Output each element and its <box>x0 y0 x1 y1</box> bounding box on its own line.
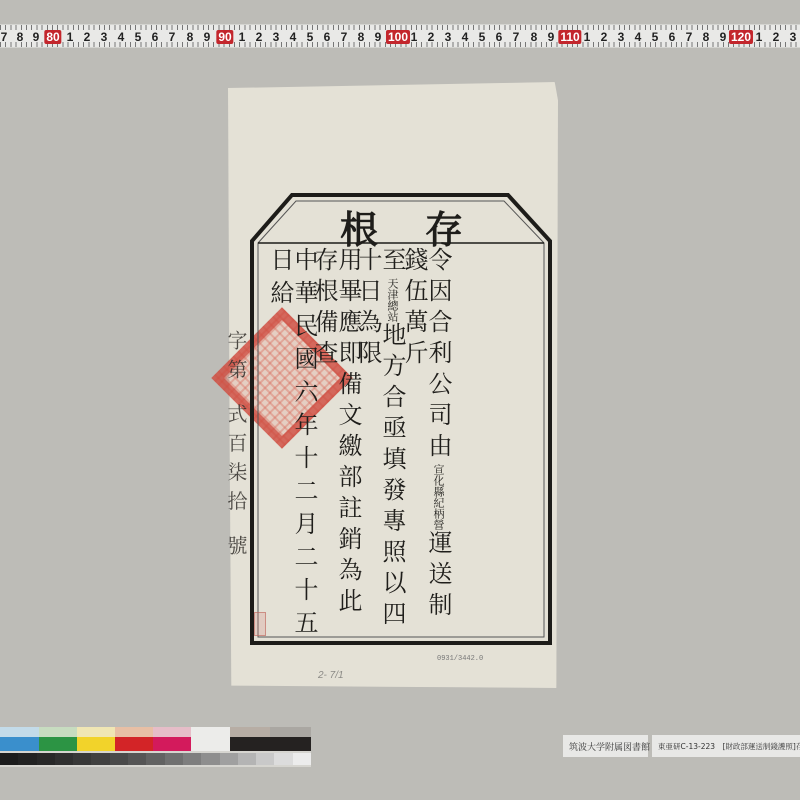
color-patch <box>77 727 115 737</box>
title-char-cun: 存 <box>425 199 463 254</box>
gray-patch <box>183 753 201 765</box>
ruler-label: 120 <box>729 30 753 44</box>
text-column-4-date: 中華民國六年十二月二十五日給 <box>268 247 316 645</box>
text-column-3: 用畢應即備文繳部註銷為此存根備查 <box>312 247 360 645</box>
inventory-code: 0931/3442.0 <box>437 655 483 663</box>
column-1-small: 宣化縣紀柄營 <box>432 464 445 530</box>
gray-patch <box>73 753 91 765</box>
ruler-label: 4 <box>462 30 469 44</box>
color-patch <box>153 727 191 737</box>
ruler-label: 1 <box>584 30 591 44</box>
gray-patch <box>37 753 55 765</box>
gray-patch <box>128 753 146 765</box>
ruler-label: 7 <box>686 30 693 44</box>
ruler-label: 8 <box>17 30 24 44</box>
ruler-label: 7 <box>1 30 8 44</box>
ruler-label: 9 <box>375 30 382 44</box>
ruler-label: 5 <box>135 30 142 44</box>
column-4-main: 中華民國六年十二月二十五日給 <box>266 247 318 643</box>
ruler-label: 7 <box>513 30 520 44</box>
ruler-label: 5 <box>307 30 314 44</box>
column-1-main: 令因合利公司由 <box>424 247 452 464</box>
ruler-label: 1 <box>67 30 74 44</box>
ruler-label: 6 <box>324 30 331 44</box>
ruler-label: 6 <box>669 30 676 44</box>
ruler-label: 80 <box>44 30 61 44</box>
gray-patch <box>110 753 128 765</box>
ruler-label: 100 <box>386 30 410 44</box>
color-patch <box>191 737 230 751</box>
ruler-label: 1 <box>756 30 763 44</box>
library-label: 筑波大学附属図書館 <box>563 735 648 757</box>
ruler-label: 4 <box>290 30 297 44</box>
color-patch <box>39 727 77 737</box>
ruler-label: 9 <box>33 30 40 44</box>
color-patch <box>230 727 270 737</box>
ruler-label: 2 <box>773 30 780 44</box>
ruler-label: 8 <box>531 30 538 44</box>
gray-patch <box>0 753 18 765</box>
gray-patch <box>165 753 183 765</box>
gray-patch <box>238 753 256 765</box>
ruler-label: 9 <box>548 30 555 44</box>
measurement-ruler: 7898012345678990123456789100123456789110… <box>0 24 800 48</box>
ruler-label: 8 <box>187 30 194 44</box>
color-patch <box>0 737 39 751</box>
ruler-label: 7 <box>341 30 348 44</box>
small-red-seal <box>254 612 266 636</box>
column-2-small: 天津總站 <box>386 278 399 322</box>
gray-patch <box>293 753 311 765</box>
ruler-label: 8 <box>703 30 710 44</box>
color-patch <box>230 737 270 751</box>
gray-patch <box>201 753 219 765</box>
document-frame: 存 根 令因合利公司由宣化縣紀柄營運送制錢伍萬斤 至天津總站地方合亟填發專照以四… <box>250 193 554 645</box>
ruler-label: 2 <box>256 30 263 44</box>
color-patch <box>191 727 230 737</box>
color-calibration-chart <box>0 727 311 767</box>
color-patch <box>153 737 191 751</box>
ruler-label: 3 <box>273 30 280 44</box>
ruler-label: 3 <box>790 30 797 44</box>
color-chart-light-row <box>0 727 311 737</box>
ruler-label: 2 <box>428 30 435 44</box>
gray-patch <box>220 753 238 765</box>
gray-patch <box>91 753 109 765</box>
ruler-label: 6 <box>152 30 159 44</box>
ruler-label: 9 <box>204 30 211 44</box>
ruler-label: 3 <box>101 30 108 44</box>
color-patch <box>270 737 311 751</box>
ruler-label: 6 <box>496 30 503 44</box>
gray-patch <box>146 753 164 765</box>
title-char-gen: 根 <box>340 199 378 254</box>
color-chart-saturated-row <box>0 737 311 751</box>
ruler-label: 4 <box>635 30 642 44</box>
gray-patch <box>274 753 292 765</box>
gray-patch <box>18 753 36 765</box>
color-patch <box>115 727 153 737</box>
ruler-label: 5 <box>652 30 659 44</box>
ruler-label: 5 <box>479 30 486 44</box>
ruler-label: 1 <box>239 30 246 44</box>
color-patch <box>270 727 311 737</box>
ruler-label: 7 <box>169 30 176 44</box>
pencil-note: 2- 7/1 <box>318 670 344 681</box>
text-column-2: 至天津總站地方合亟填發專照以四十日為限 <box>356 247 404 645</box>
ruler-label: 8 <box>358 30 365 44</box>
color-patch <box>77 737 115 751</box>
ruler-label: 3 <box>618 30 625 44</box>
gray-patch <box>256 753 274 765</box>
ruler-label: 90 <box>216 30 233 44</box>
ruler-label: 1 <box>411 30 418 44</box>
column-2-main: 至 <box>378 247 406 278</box>
text-column-1: 令因合利公司由宣化縣紀柄營運送制錢伍萬斤 <box>402 247 450 645</box>
grayscale-strip <box>0 753 311 765</box>
ruler-label: 3 <box>445 30 452 44</box>
color-patch <box>0 727 39 737</box>
ruler-label: 4 <box>118 30 125 44</box>
color-patch <box>39 737 77 751</box>
ruler-label: 2 <box>84 30 91 44</box>
gray-patch <box>55 753 73 765</box>
ruler-label: 2 <box>601 30 608 44</box>
catalog-label: 東亜研C-13-223 [財政部運送制錢護照]存根 <box>652 735 800 757</box>
color-patch <box>115 737 153 751</box>
ruler-label: 110 <box>558 30 581 44</box>
side-column-text: 字第 式百柒拾 號 <box>222 330 251 564</box>
ruler-label: 9 <box>720 30 727 44</box>
